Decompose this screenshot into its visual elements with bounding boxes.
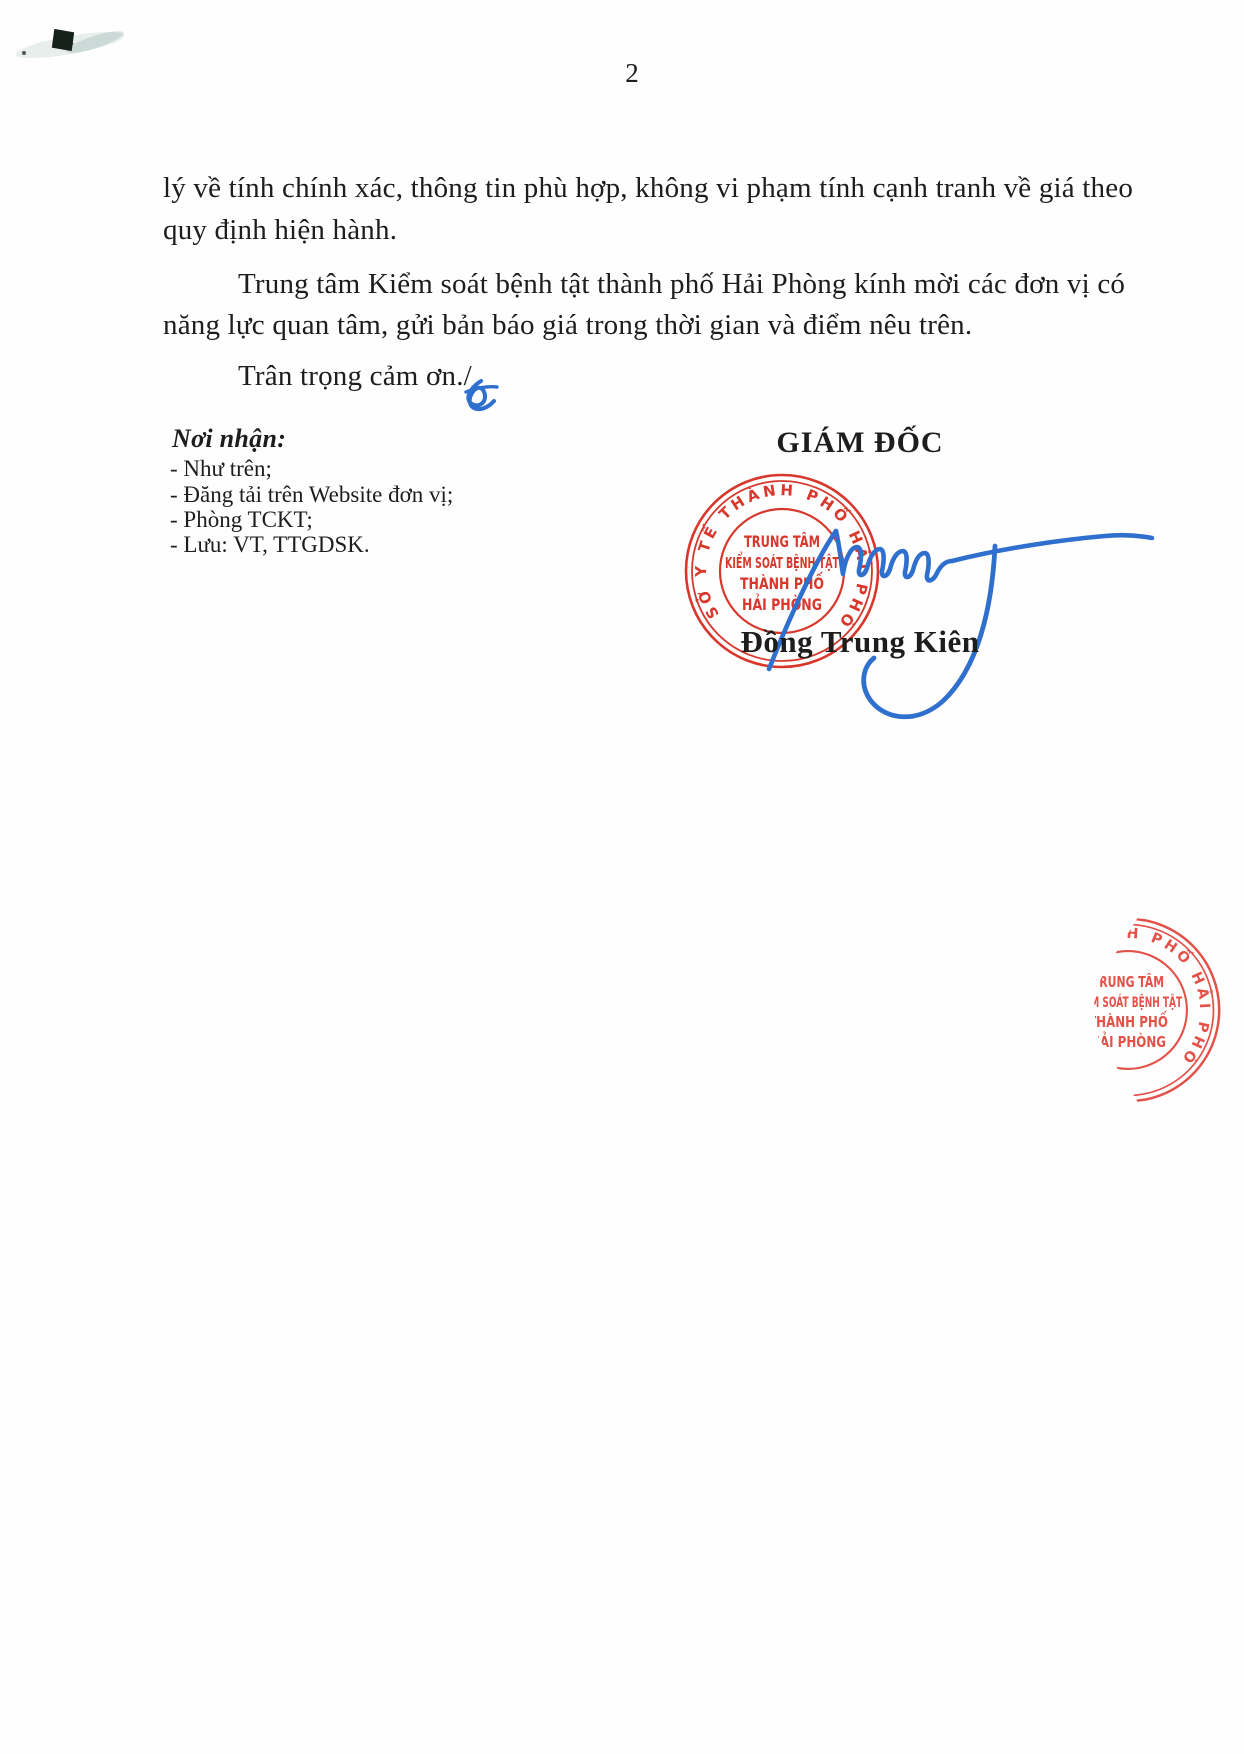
recipient-item: - Lưu: VT, TTGDSK. xyxy=(170,532,370,558)
signer-name: Đồng Trung Kiên xyxy=(700,624,1020,660)
body-line: quy định hiện hành. xyxy=(163,210,397,251)
recipients-heading: Nơi nhận: xyxy=(172,424,286,454)
seal-line: KIỂM SOÁT BỆNH TẬT xyxy=(1074,991,1182,1011)
recipient-item: - Như trên; xyxy=(170,456,272,482)
body-line: năng lực quan tâm, gửi bản báo giá trong… xyxy=(163,305,972,346)
seal-line: HẢI PHÒNG xyxy=(1090,1030,1166,1051)
page-number: 2 xyxy=(600,58,664,89)
recipient-item: - Phòng TCKT; xyxy=(170,507,313,533)
recipient-item: - Đăng tải trên Website đơn vị; xyxy=(170,482,453,508)
partial-seal: SỞ Y TẾ THÀNH PHỐ HẢI PHÒNG TRUNG TÂM KI… xyxy=(1033,915,1223,1105)
signature-ink xyxy=(430,360,1170,750)
seal-line: TRUNG TÂM xyxy=(1092,972,1164,991)
scanned-document-page: 2 lý về tính chính xác, thông tin phù hợ… xyxy=(0,0,1244,1754)
ink-smudge xyxy=(10,20,150,70)
body-line: lý về tính chính xác, thông tin phù hợp,… xyxy=(163,168,1133,209)
body-line: Trung tâm Kiểm soát bệnh tật thành phố H… xyxy=(238,264,1125,305)
seal-line: THÀNH PHỐ xyxy=(1088,1010,1168,1031)
